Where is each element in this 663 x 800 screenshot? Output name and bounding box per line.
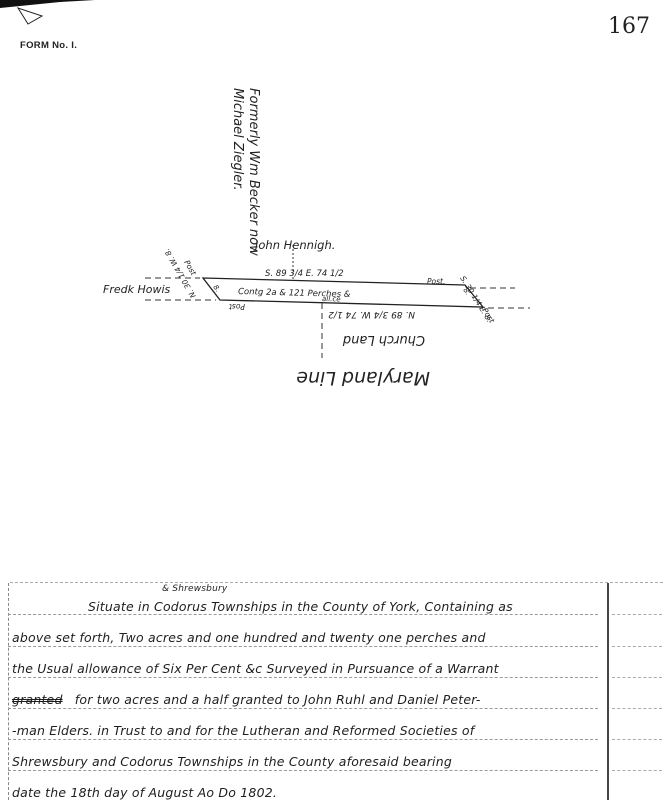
ruled-line xyxy=(8,770,598,771)
adjoiner-church-land: Church Land xyxy=(342,332,425,347)
margin-rule xyxy=(612,677,662,678)
ruled-line xyxy=(8,739,598,740)
struck-word: granted xyxy=(12,692,63,707)
ruled-line xyxy=(8,614,598,615)
description-line-7: date the 18th day of August Ao Do 1802. xyxy=(12,785,277,800)
margin-rule xyxy=(612,646,662,647)
page-number: 167 xyxy=(608,14,650,39)
parcel-allowance: all.ce xyxy=(322,295,341,303)
adjoiner-becker-ziegler-line1: Formerly Wm Becker now xyxy=(246,88,261,256)
description-line-4: granted for two acres and a half granted… xyxy=(12,692,481,707)
description-line-6: Shrewsbury and Codorus Townships in the … xyxy=(12,754,452,769)
ruled-line xyxy=(8,646,598,647)
ruled-line xyxy=(8,708,598,709)
adjoiner-john-hennigh: John Hennigh. xyxy=(253,238,335,252)
corner-post-sw: Post xyxy=(228,302,245,311)
course-north-side: S. 89 3/4 E. 74 1/2 xyxy=(265,269,344,279)
description-line-1: Situate in Codorus Townships in the Coun… xyxy=(88,599,513,614)
corner-post-ne: Post. xyxy=(427,277,445,286)
margin-rule xyxy=(612,739,662,740)
margin-rule xyxy=(612,614,662,615)
margin-column xyxy=(608,583,663,800)
ruled-line xyxy=(8,677,598,678)
west-side-length: 8. xyxy=(211,284,221,294)
adjoiner-becker-ziegler-line2: Michael Ziegler. xyxy=(230,88,245,191)
insertion-shrewsbury: & Shrewsbury xyxy=(162,584,227,594)
corner-arrow-icon xyxy=(18,8,42,24)
description-line-4-text: for two acres and a half granted to John… xyxy=(75,692,481,707)
course-south-side: N. 89 3/4 W. 74 1/2 xyxy=(328,309,415,319)
margin-rule xyxy=(612,770,662,771)
maryland-line: Maryland Line xyxy=(296,367,430,389)
adjoiner-fredk-howis: Fredk Howis xyxy=(103,283,171,296)
margin-rule xyxy=(612,708,662,709)
form-number: FORM No. I. xyxy=(20,40,77,51)
description-line-5: -man Elders. in Trust to and for the Lut… xyxy=(12,723,474,738)
description-line-2: above set forth, Two acres and one hundr… xyxy=(12,630,486,645)
page-edge-mark xyxy=(0,0,95,8)
description-line-3: the Usual allowance of Six Per Cent &c S… xyxy=(12,661,499,676)
